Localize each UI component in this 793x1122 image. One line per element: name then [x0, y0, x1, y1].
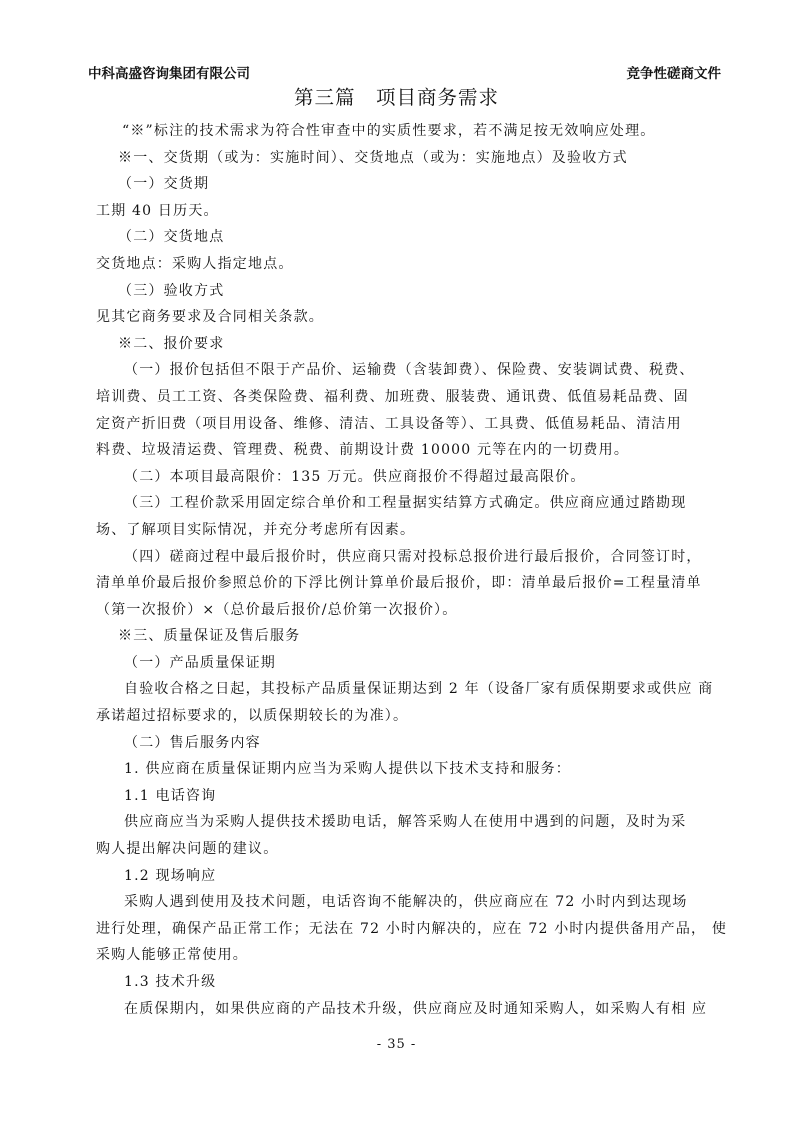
text-line: 购人提出解决问题的建议。 [96, 836, 706, 863]
text-line: （第一次报价）×（总价最后报价/总价第一次报价）。 [96, 597, 706, 624]
text-line: （二）交货地点 [96, 224, 706, 251]
document-body: “※”标注的技术需求为符合性审查中的实质性要求，若不满足按无效响应处理。※一、交… [96, 118, 706, 1022]
text-line: 见其它商务要求及合同相关条款。 [96, 304, 706, 331]
page-title: 第三篇 项目商务需求 [0, 82, 793, 110]
text-line: ※三、质量保证及售后服务 [96, 623, 706, 650]
text-line: 供应商应当为采购人提供技术援助电话，解答采购人在使用中遇到的问题，及时为采 [96, 809, 706, 836]
text-line: 定资产折旧费（项目用设备、维修、清洁、工具设备等）、工具费、低值易耗品、清洁用 [96, 411, 706, 438]
text-line: 承诺超过招标要求的，以质保期较长的为准）。 [96, 703, 706, 730]
text-line: （一）报价包括但不限于产品价、运输费（含装卸费）、保险费、安装调试费、税费、 [96, 357, 706, 384]
text-line: （二）售后服务内容 [96, 730, 706, 757]
text-line: ※一、交货期（或为：实施时间）、交货地点（或为：实施地点）及验收方式 [96, 145, 706, 172]
text-line: （一）产品质量保证期 [96, 650, 706, 677]
text-line: 自验收合格之日起，其投标产品质量保证期达到 2 年（设备厂家有质保期要求或供应 … [96, 676, 706, 703]
text-line: 在质保期内，如果供应商的产品技术升级，供应商应及时通知采购人，如采购人有相 应 [96, 996, 706, 1023]
header-doc-type: 竞争性磋商文件 [627, 62, 722, 82]
header-company: 中科高盛咨询集团有限公司 [88, 62, 250, 82]
text-line: 采购人能够正常使用。 [96, 942, 706, 969]
text-line: 料费、垃圾清运费、管理费、税费、前期设计费 10000 元等在内的一切费用。 [96, 437, 706, 464]
text-line: 1.2 现场响应 [96, 863, 706, 890]
text-line: （四）磋商过程中最后报价时，供应商只需对投标总报价进行最后报价，合同签订时， [96, 544, 706, 571]
page-number: - 35 - [0, 1037, 793, 1052]
text-line: （三）验收方式 [96, 278, 706, 305]
text-line: 采购人遇到使用及技术问题，电话咨询不能解决的，供应商应在 72 小时内到达现场 [96, 889, 706, 916]
page-header: 中科高盛咨询集团有限公司 竞争性磋商文件 [88, 62, 721, 82]
text-line: （一）交货期 [96, 171, 706, 198]
text-line: 1.3 技术升级 [96, 969, 706, 996]
text-line: 进行处理，确保产品正常工作；无法在 72 小时内解决的，应在 72 小时内提供备… [96, 916, 706, 943]
text-line: （二）本项目最高限价：135 万元。供应商报价不得超过最高限价。 [96, 464, 706, 491]
text-line: 场、了解项目实际情况，并充分考虑所有因素。 [96, 517, 706, 544]
text-line: ※二、报价要求 [96, 331, 706, 358]
text-line: （三）工程价款采用固定综合单价和工程量据实结算方式确定。供应商应通过踏勘现 [96, 490, 706, 517]
text-line: 培训费、员工工资、各类保险费、福利费、加班费、服装费、通讯费、低值易耗品费、固 [96, 384, 706, 411]
text-line: 工期 40 日历天。 [96, 198, 706, 225]
text-line: 交货地点：采购人指定地点。 [96, 251, 706, 278]
text-line: “※”标注的技术需求为符合性审查中的实质性要求，若不满足按无效响应处理。 [96, 118, 706, 145]
text-line: 1. 供应商在质量保证期内应当为采购人提供以下技术支持和服务： [96, 756, 706, 783]
text-line: 清单单价最后报价参照总价的下浮比例计算单价最后报价，即：清单最后报价=工程量清单 [96, 570, 706, 597]
text-line: 1.1 电话咨询 [96, 783, 706, 810]
